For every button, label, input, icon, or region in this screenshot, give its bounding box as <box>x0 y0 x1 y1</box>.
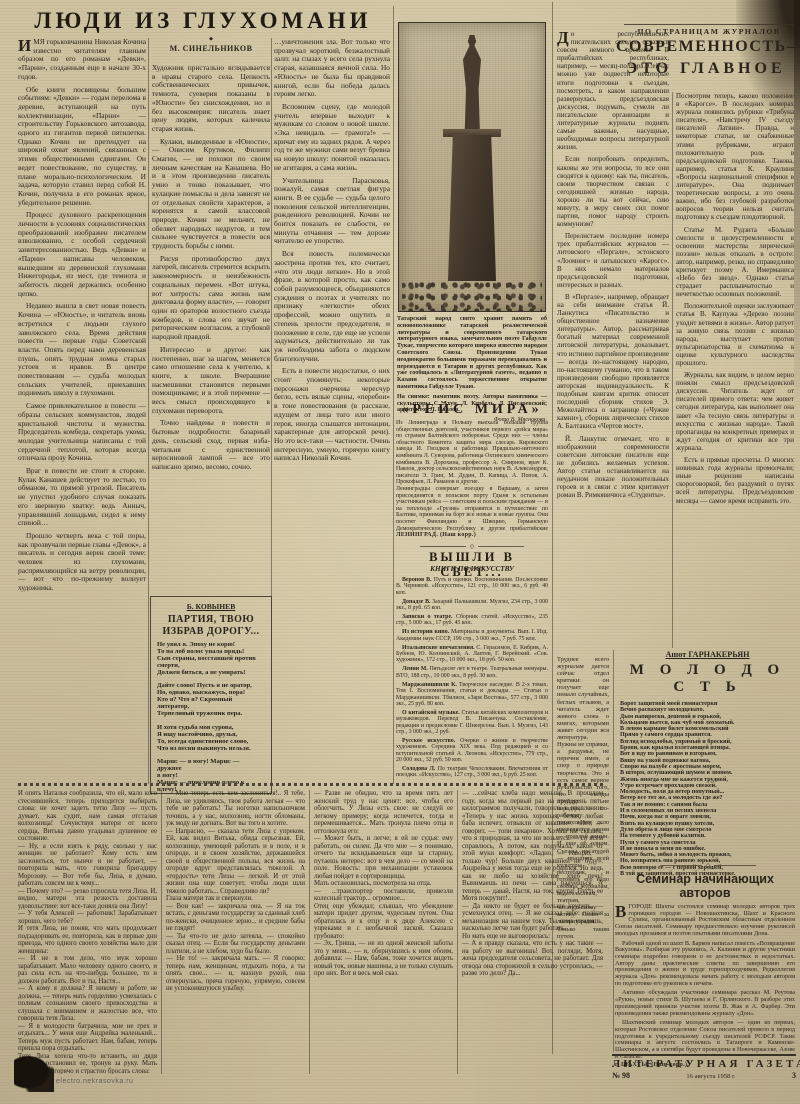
divider-line <box>420 546 466 547</box>
book-entry: О китайской музыке.Статьи китайских комп… <box>396 710 548 736</box>
book-entry: Марджанишвили К.Творческое наследие. В 2… <box>396 682 548 708</box>
divider-line <box>714 865 756 866</box>
paragraph: Учительница Парасковья, пожалуй, самая с… <box>274 177 390 247</box>
poem-author: Б. КОВЫНЕВ <box>157 602 265 611</box>
paragraph: Положительной оценки заслуживает статья … <box>676 302 794 367</box>
sov-article-colA: До республиканских писательских съездов … <box>557 30 669 648</box>
sov-article-colB: Посмотрим теперь, каково положение в «Ка… <box>676 92 794 648</box>
paragraph: Процесс духовного раскрепощения личности… <box>18 211 146 298</box>
book-entry: Веронов В.Путь и оценки. Воспоминания. П… <box>396 577 548 596</box>
book-author: Из истории кино. <box>402 629 451 635</box>
vyshli-subtitle: КНИГИ ПО ИСКУССТВУ <box>396 565 548 573</box>
book-entry: Записки о театре.Сборник статей. «Искусс… <box>396 614 548 627</box>
lead-byline-block: ◆ М. СИНЕЛЬНИКОВ <box>152 36 270 53</box>
paragraph: Кулаки, выведенные в «Юности», — Онисим … <box>152 138 270 251</box>
section-divider: ◇ <box>420 543 524 550</box>
issue-number: № 98 <box>612 1071 630 1080</box>
library-stamp <box>14 1056 54 1092</box>
lead-article-col1: ИМЯ горьковчанина Николая Кочина известн… <box>18 38 146 782</box>
page-number: 3 <box>792 1071 796 1080</box>
book-entry: Ленин М.Пятьдесят лет в театре. Театраль… <box>396 666 548 679</box>
book-author: Ленин М. <box>402 666 429 672</box>
paragraph: …уничтожения зла. Вот только что прозвуч… <box>274 38 390 99</box>
serial-col3: — Разве не обидно, что за время пять лет… <box>314 790 453 1074</box>
book-list: Веронов В.Путь и оценки. Воспоминания. П… <box>396 577 548 781</box>
lead-article-col2: Художник пристально вглядывается в нравы… <box>152 64 270 592</box>
paragraph: Й. Ланкутис отмечает, что в изображении … <box>557 435 669 500</box>
column-rule <box>148 38 149 784</box>
newspaper-name: ЛИТЕРАТУРНАЯ ГАЗЕТА <box>612 1054 796 1070</box>
paragraph: Перелистаем последние номера трех прибал… <box>557 232 669 289</box>
book-author: Марджанишвили К. <box>402 682 459 688</box>
paragraph: Прошло четверть века с той поры, как про… <box>18 532 146 593</box>
paragraph: Точно найдены в повести и бытовые подроб… <box>152 419 270 471</box>
paragraph: Журналы, как видим, в целом верно поняли… <box>676 371 794 452</box>
column-rule <box>457 790 458 1074</box>
lead-article-col3: …уничтожения зла. Вот только что прозвуч… <box>274 38 390 782</box>
divider-line <box>478 546 524 547</box>
seminar-block: Семинар начинающих авторов В ГОРОДЕ Шахт… <box>615 872 795 1068</box>
paragraph: Активно обсуждали участники семинара рас… <box>615 990 795 1017</box>
book-entry: Итальянские впечатления.С. Герасимов, Е.… <box>396 645 548 664</box>
column-rule <box>309 790 310 1074</box>
digitization-watermark: electro.nekrasovka.ru <box>56 1078 133 1085</box>
book-author: Донадзе В. <box>402 599 432 605</box>
paragraph: Вся повесть полемически заострена против… <box>274 250 390 363</box>
column-rule <box>613 650 614 1052</box>
paragraph: Вспомним сцену, где молодой учитель впер… <box>274 103 390 173</box>
seminar-headline: Семинар начинающих авторов <box>615 872 795 900</box>
molodost-block: Ашот ГАРНАКЕРЬЯН М О Л О Д О С Т Ь Ворот… <box>620 650 795 877</box>
small-diamond-icon: ◇ <box>706 862 711 869</box>
reys-mira-dateline: ЛЕНИНГРАД. (Наш корр.) <box>396 532 548 538</box>
wavy-divider <box>18 783 606 786</box>
paragraph: Обе книги посвящены большим событиям: «Д… <box>18 86 146 208</box>
paragraph: До республиканских писательских съездов … <box>557 30 669 151</box>
book-entry: Солодова Л.По театрам Чехословакии. Впеч… <box>396 766 548 779</box>
paragraph: Есть в повести недостатки, о них стоит у… <box>274 367 390 463</box>
column-rule <box>393 6 394 784</box>
poem-body: Ворот защитной моей гимнастерки Вечно ра… <box>620 701 795 877</box>
section-divider: ◇ <box>660 862 756 869</box>
paragraph: Рабочий одной из шахт В. Барков написал … <box>615 941 795 988</box>
book-entry: Русское искусство.Очерки о жизни и творч… <box>396 738 548 764</box>
paragraph: Если попробовать определить, каковы же э… <box>557 155 669 228</box>
serial-col2: — Мне теперь есть кем заслониться!.. Я т… <box>166 790 305 1074</box>
lead-byline: М. СИНЕЛЬНИКОВ <box>152 44 270 53</box>
paragraph: В ГОРОДЕ Шахты состоялся семинар молодых… <box>615 904 795 938</box>
divider-line <box>660 865 702 866</box>
serial-col4: — ...сейчас хлеба надо меньше. В прошлом… <box>462 790 603 1074</box>
book-author: Итальянские впечатления. <box>402 645 476 651</box>
paragraph: ИМЯ горьковчанина Николая Кочина известн… <box>18 38 146 82</box>
book-author: О китайской музыке. <box>402 710 461 716</box>
paragraph: Есть и прямые просчеты. О многих новинка… <box>676 456 794 505</box>
serial-col1: И опять Наталья сообразила, что ей, мало… <box>18 790 157 1074</box>
book-entry: Из истории кино.Материалы и документы. В… <box>396 629 548 642</box>
paragraph: Враг в повести не стоит в стороне. Кулак… <box>18 467 146 528</box>
small-diamond-icon: ◇ <box>470 543 475 550</box>
diamond-ornament-icon: ◆ <box>152 36 270 42</box>
paragraph: Художник пристально вглядывается в нравы… <box>152 64 270 134</box>
paragraph: В «Пергале», например, обращает на себя … <box>557 293 669 431</box>
paragraph: Рисуя противоборство двух лагерей, писат… <box>152 255 270 342</box>
footer: ЛИТЕРАТУРНАЯ ГАЗЕТА № 98 16 августа 1958… <box>612 1054 796 1080</box>
paragraph: Статье М. Рудзита «Больше смелости и цел… <box>676 226 794 299</box>
column-rule <box>161 790 162 1074</box>
poem-author: Ашот ГАРНАКЕРЬЯН <box>620 650 795 659</box>
poem-body: Не увял я. Эпоху не корю! То на лоб воло… <box>157 642 265 794</box>
paragraph: Самое привлекательное в повести — образы… <box>18 402 146 463</box>
reys-mira-body: Из Ленинграда в Польшу выехала большая г… <box>396 420 548 532</box>
kovynev-poem-box: Б. КОВЫНЕВ ПАРТИЯ, ТВОЮ ИЗБРАВ ДОРОГУ...… <box>150 596 272 794</box>
column-rule <box>672 92 673 648</box>
poem-title: ПАРТИЯ, ТВОЮ ИЗБРАВ ДОРОГУ... <box>157 614 265 638</box>
paragraph: Интересно и другое: как постепенно, шаг … <box>152 346 270 416</box>
paragraph: Недавно вышла в свет новая повесть Кочин… <box>18 302 146 398</box>
caption-text: Татарский народ свято хранит память об о… <box>397 316 547 391</box>
flowers-at-base <box>402 281 542 311</box>
monument-photo <box>398 22 546 312</box>
reys-mira-headline: «РЕЙС МИРА» <box>396 402 548 418</box>
newspaper-page: ЛЮДИ ИЗ ГЛУХОМАНИ ◆ М. СИНЕЛЬНИКОВ ИМЯ г… <box>0 0 800 1104</box>
issue-date: 16 августа 1958 г. <box>686 1073 735 1080</box>
poem-title: М О Л О Д О С Т Ь <box>620 662 795 696</box>
lead-headline: ЛЮДИ ИЗ ГЛУХОМАНИ <box>14 8 392 34</box>
book-entry: Донадзе В.Захарий Палиашвили. Музгиз, 23… <box>396 599 548 612</box>
paragraph: Посмотрим теперь, каково положение в «Ка… <box>676 92 794 222</box>
seminar-body: В ГОРОДЕ Шахты состоялся семинар молодых… <box>615 904 795 1060</box>
pedestal <box>448 135 496 281</box>
